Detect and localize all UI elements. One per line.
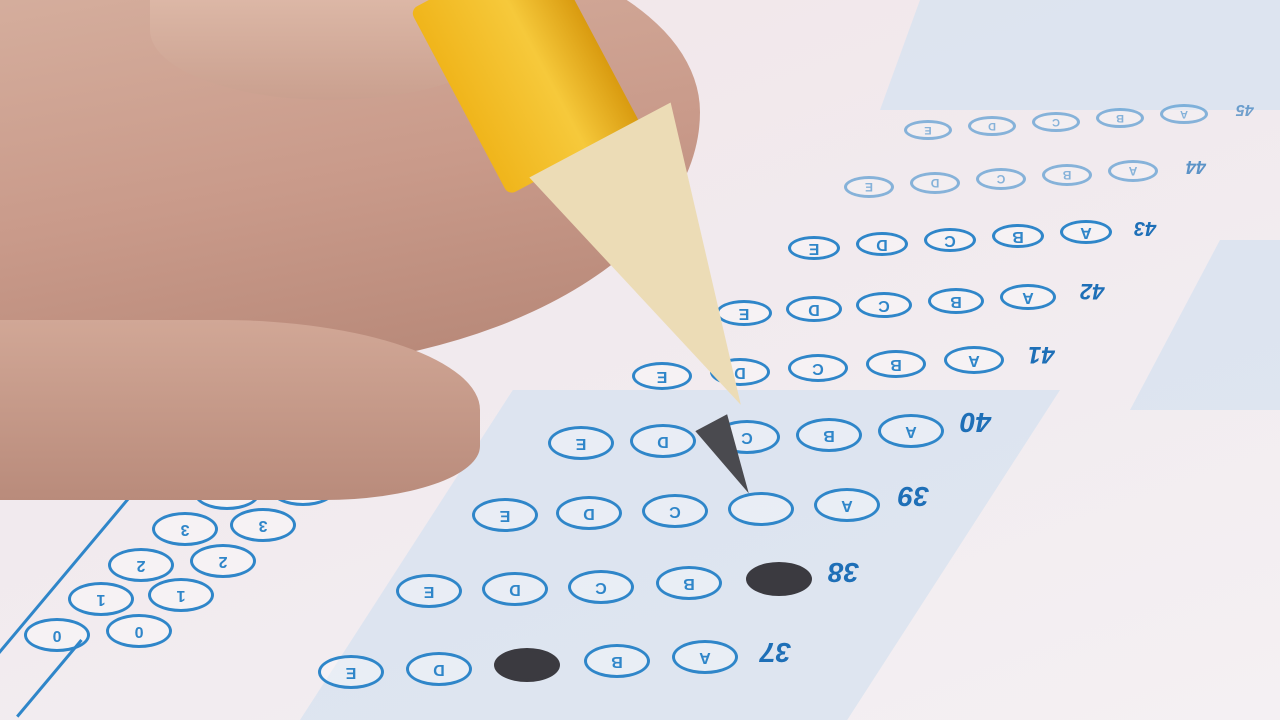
bubble-38-d[interactable]: D	[482, 572, 548, 606]
bubble-42-b[interactable]: B	[928, 288, 984, 314]
question-number: 38	[828, 556, 859, 588]
question-number: 41	[1028, 340, 1055, 368]
bubble-40-a[interactable]: A	[878, 414, 944, 448]
bubble-45-c[interactable]: C	[1032, 112, 1080, 132]
question-number: 40	[960, 406, 991, 438]
bubble-40-e[interactable]: E	[548, 426, 614, 460]
bubble-39-a[interactable]: A	[814, 488, 880, 522]
bubble-44-c[interactable]: C	[976, 168, 1026, 190]
bubble-42-a[interactable]: A	[1000, 284, 1056, 310]
bubble-43-c[interactable]: C	[924, 228, 976, 252]
digit-bubble-1[interactable]: 1	[68, 582, 134, 616]
bubble-43-a[interactable]: A	[1060, 220, 1112, 244]
bubble-44-d[interactable]: D	[910, 172, 960, 194]
bubble-43-e[interactable]: E	[788, 236, 840, 260]
bubble-37-e[interactable]: E	[318, 655, 384, 689]
digit-bubble-0[interactable]: 0	[106, 614, 172, 648]
bubble-38-e[interactable]: E	[396, 574, 462, 608]
bubble-45-e[interactable]: E	[904, 120, 952, 140]
bubble-38-c[interactable]: C	[568, 570, 634, 604]
bubble-37-a[interactable]: A	[672, 640, 738, 674]
bubble-38-b[interactable]: B	[656, 566, 722, 600]
question-number: 39	[898, 480, 929, 512]
digit-bubble-3[interactable]: 3	[152, 512, 218, 546]
bubble-39-c[interactable]: C	[642, 494, 708, 528]
answer-panel-right	[1130, 240, 1280, 410]
question-number: 42	[1080, 278, 1104, 304]
bubble-42-d[interactable]: D	[786, 296, 842, 322]
question-number: 44	[1186, 156, 1206, 177]
bubble-38-a[interactable]: A	[746, 562, 812, 596]
bubble-44-e[interactable]: E	[844, 176, 894, 198]
bubble-39-e[interactable]: E	[472, 498, 538, 532]
bubble-44-b[interactable]: B	[1042, 164, 1092, 186]
bubble-45-d[interactable]: D	[968, 116, 1016, 136]
bubble-41-a[interactable]: A	[944, 346, 1004, 374]
bubble-37-c[interactable]: C	[494, 648, 560, 682]
bubble-37-b[interactable]: B	[584, 644, 650, 678]
digit-bubble-2[interactable]: 2	[108, 548, 174, 582]
bubble-41-b[interactable]: B	[866, 350, 926, 378]
bubble-45-a[interactable]: A	[1160, 104, 1208, 124]
hand-finger	[0, 320, 480, 500]
digit-bubble-3[interactable]: 3	[230, 508, 296, 542]
bubble-40-b[interactable]: B	[796, 418, 862, 452]
bubble-43-b[interactable]: B	[992, 224, 1044, 248]
question-number: 45	[1236, 100, 1254, 118]
bubble-43-d[interactable]: D	[856, 232, 908, 256]
digit-bubble-1[interactable]: 1	[148, 578, 214, 612]
bubble-42-c[interactable]: C	[856, 292, 912, 318]
bubble-37-d[interactable]: D	[406, 652, 472, 686]
bubble-39-d[interactable]: D	[556, 496, 622, 530]
question-number: 43	[1134, 216, 1156, 239]
question-number: 37	[760, 636, 791, 668]
bubble-45-b[interactable]: B	[1096, 108, 1144, 128]
digit-bubble-0[interactable]: 0	[24, 618, 90, 652]
answer-panel-top	[880, 0, 1280, 110]
digit-bubble-2[interactable]: 2	[190, 544, 256, 578]
bubble-44-a[interactable]: A	[1108, 160, 1158, 182]
